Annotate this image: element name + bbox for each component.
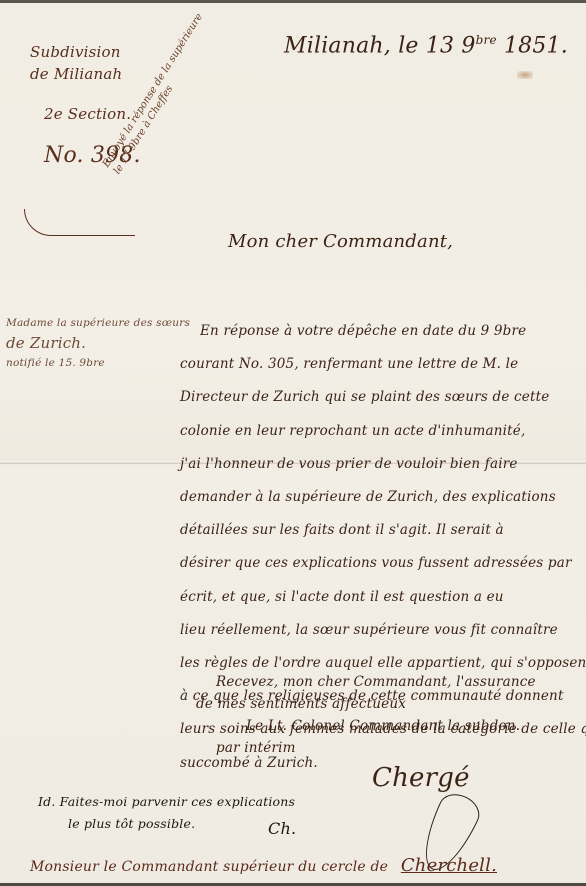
closing-block: Recevez, mon cher Commandant, l'assuranc… bbox=[216, 671, 536, 759]
closing-line: Le Lt. Colonel Commandant la subdon. bbox=[246, 715, 536, 737]
dateline: Milianah, le 13 9bre 1851. bbox=[284, 33, 568, 58]
signature: Chergé bbox=[372, 763, 470, 793]
margin-note-line: notifié le 15. 9bre bbox=[6, 353, 190, 373]
margin-note: Madame la supérieure des sœurs de Zurich… bbox=[6, 313, 190, 373]
margin-note-line: Madame la supérieure des sœurs bbox=[6, 313, 190, 333]
addressee-line: Monsieur le Commandant supérieur du cerc… bbox=[30, 855, 497, 876]
body-line: écrit, et que, si l'acte dont il est que… bbox=[180, 581, 586, 614]
ink-stain bbox=[517, 71, 533, 79]
year: 1851. bbox=[504, 33, 568, 58]
salutation: Mon cher Commandant, bbox=[228, 231, 453, 252]
body-line: En réponse à votre dépêche en date du 9 … bbox=[200, 315, 586, 348]
header-line-subdivision: Subdivision bbox=[30, 41, 141, 63]
body-line: colonie en leur reprochant un acte d'inh… bbox=[180, 415, 586, 448]
annotation-line: le plus tôt possible. bbox=[68, 813, 295, 835]
body-line: demander à la supérieure de Zurich, des … bbox=[180, 481, 586, 514]
annotation-initials: Ch. bbox=[268, 819, 296, 838]
annotation-line: Id. Faites-moi parvenir ces explications bbox=[38, 791, 295, 813]
closing-line: de mes sentiments affectueux bbox=[196, 693, 536, 715]
closing-line: Recevez, mon cher Commandant, l'assuranc… bbox=[216, 671, 536, 693]
month-superscript: bre bbox=[476, 33, 497, 47]
margin-annotation: Id. Faites-moi parvenir ces explications… bbox=[38, 791, 295, 835]
addressee-text: Monsieur le Commandant supérieur du cerc… bbox=[30, 859, 388, 875]
body-line: détaillées sur les faits dont il s'agit.… bbox=[180, 514, 586, 547]
body-line: désirer que ces explications vous fussen… bbox=[180, 547, 586, 580]
margin-note-line: de Zurich. bbox=[6, 333, 190, 353]
letter-page: Subdivision de Milianah 2e Section. No. … bbox=[0, 0, 586, 886]
body-line: Directeur de Zurich qui se plaint des sœ… bbox=[180, 381, 586, 414]
body-line: j'ai l'honneur de vous prier de vouloir … bbox=[180, 448, 586, 481]
header-line-place: de Milianah bbox=[30, 63, 141, 85]
addressee-city: Cherchell. bbox=[401, 855, 497, 876]
body-line: courant No. 305, renfermant une lettre d… bbox=[180, 348, 586, 381]
place-date: Milianah, le 13 9 bbox=[284, 33, 476, 58]
body-line: lieu réellement, la sœur supérieure vous… bbox=[180, 614, 586, 647]
closing-line: par intérim bbox=[216, 737, 536, 759]
flourish-decoration bbox=[24, 209, 135, 236]
